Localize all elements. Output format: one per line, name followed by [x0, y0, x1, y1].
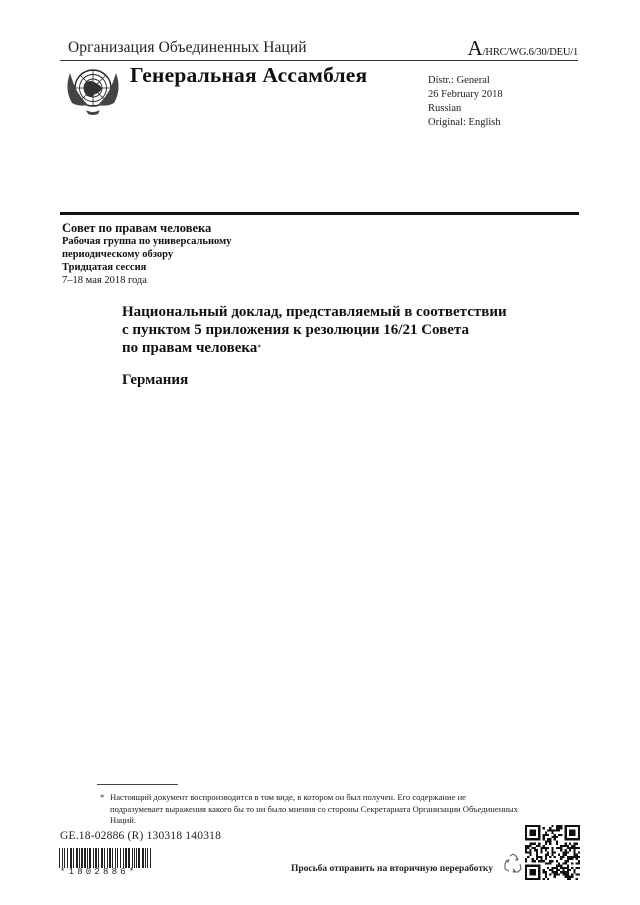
title-line-3: по правам человека: [122, 340, 257, 356]
distribution-type: Distr.: General: [428, 74, 503, 88]
working-group-line1: Рабочая группа по универсальному: [62, 235, 231, 248]
barcode-number: *1802886*: [60, 867, 137, 877]
symbol-code: /HRC/WG.6/30/DEU/1: [483, 47, 578, 58]
footnote: * Настоящий документ воспроизводится в т…: [110, 792, 520, 827]
footnote-reference[interactable]: *: [257, 343, 261, 352]
title-line-1: Национальный доклад, представляемый в со…: [122, 304, 507, 322]
symbol-letter: A: [468, 36, 483, 60]
distribution-block: Distr.: General 26 February 2018 Russian…: [428, 74, 503, 130]
council-name: Совет по правам человека: [62, 222, 231, 235]
session-name: Тридцатая сессия: [62, 261, 231, 274]
footnote-marker: *: [100, 792, 104, 804]
working-group-line2: периодическому обзору: [62, 248, 231, 261]
country-name: Германия: [122, 372, 188, 389]
original-language: Original: English: [428, 116, 503, 130]
document-language: Russian: [428, 102, 503, 116]
job-code: GE.18-02886 (R) 130318 140318: [60, 830, 221, 842]
organization-name: Организация Объединенных Наций: [68, 39, 307, 57]
title-line-2: с пунктом 5 приложения к резолюции 16/21…: [122, 322, 507, 340]
document-date: 26 February 2018: [428, 88, 503, 102]
header-thick-rule: [60, 212, 579, 215]
document-symbol: A/HRC/WG.6/30/DEU/1: [468, 36, 578, 61]
document-title: Национальный доклад, представляемый в со…: [122, 304, 507, 358]
un-emblem-icon: [62, 63, 124, 119]
recycle-icon: [503, 852, 523, 876]
session-dates: 7–18 мая 2018 года: [62, 274, 231, 287]
barcode-icon: [59, 848, 151, 868]
footnote-separator: [97, 784, 178, 785]
header-rule: [60, 60, 578, 61]
footnote-text: Настоящий документ воспроизводится в том…: [110, 792, 518, 825]
assembly-title: Генеральная Ассамблея: [130, 63, 367, 88]
qr-code-icon: [525, 825, 580, 880]
council-block: Совет по правам человека Рабочая группа …: [62, 222, 231, 287]
recycle-notice: Просьба отправить на вторичную переработ…: [291, 864, 493, 874]
